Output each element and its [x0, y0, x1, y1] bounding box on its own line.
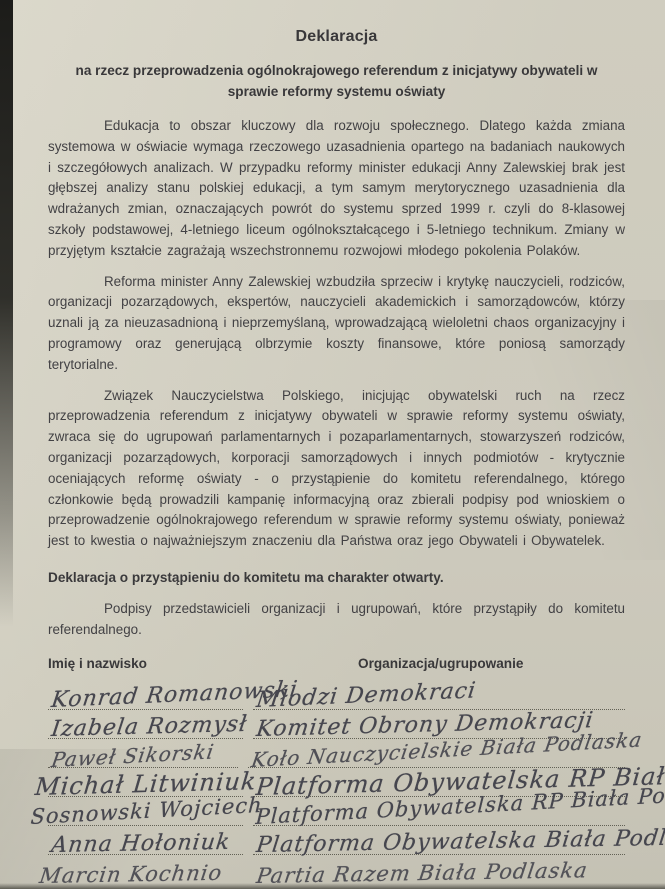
paragraph-education-key-area: Edukacja to obszar kluczowy dla rozwoju … — [48, 116, 625, 262]
document-title: Deklaracja — [48, 28, 625, 46]
handwritten-organization: Platforma Obywatelska Biała Podl. — [255, 828, 665, 857]
signature-organization-line: Platforma Obywatelska Biała Podl. — [253, 854, 625, 855]
signature-row: Paweł Sikorski Koło Nauczycielskie Biała… — [48, 739, 625, 768]
signature-row: Marcin Kochnio Partia Razem Biała Podlas… — [48, 855, 625, 884]
scanned-declaration-document: { "document": { "title": "Deklaracja", "… — [0, 0, 665, 889]
signature-rows: Konrad Romanowski Młodzi Demokraci Izabe… — [48, 681, 625, 884]
handwritten-name: Anna Hołoniuk — [50, 832, 232, 857]
column-header-organization: Organizacja/ugrupowanie — [358, 656, 523, 671]
scan-shadow-left-edge — [0, 0, 13, 660]
paragraph-reform-criticism: Reforma minister Anny Zalewskiej wzbudzi… — [48, 272, 625, 376]
handwritten-name: Izabela Rozmysł — [50, 714, 249, 741]
open-declaration-statement: Deklaracja o przystąpieniu do komitetu m… — [48, 568, 625, 589]
signature-name-line: Konrad Romanowski — [48, 709, 243, 710]
signature-column-headers: Imię i nazwisko Organizacja/ugrupowanie — [48, 656, 625, 671]
document-page: Deklaracja na rzecz przeprowadzenia ogól… — [0, 0, 665, 889]
signature-organization-line: Platforma Obywatelska RP Biała Podl. — [253, 825, 625, 826]
signature-row: Sosnowski Wojciech Platforma Obywatelska… — [48, 797, 625, 826]
signature-name-line: Anna Hołoniuk — [48, 854, 243, 855]
signature-row: Konrad Romanowski Młodzi Demokraci — [48, 681, 625, 710]
signatories-intro: Podpisy przedstawicieli organizacji i ug… — [48, 599, 625, 641]
paragraph-znp-initiative: Związek Nauczycielstwa Polskiego, inicju… — [48, 386, 625, 552]
column-header-name: Imię i nazwisko — [48, 656, 358, 671]
scan-shadow-bottom-edge — [0, 883, 665, 889]
signature-row: Anna Hołoniuk Platforma Obywatelska Biał… — [48, 826, 625, 855]
handwritten-name: Paweł Sikorski — [50, 742, 216, 771]
signature-name-line: Sosnowski Wojciech — [48, 825, 243, 826]
document-subtitle: na rzecz przeprowadzenia ogólnokrajowego… — [62, 60, 611, 102]
